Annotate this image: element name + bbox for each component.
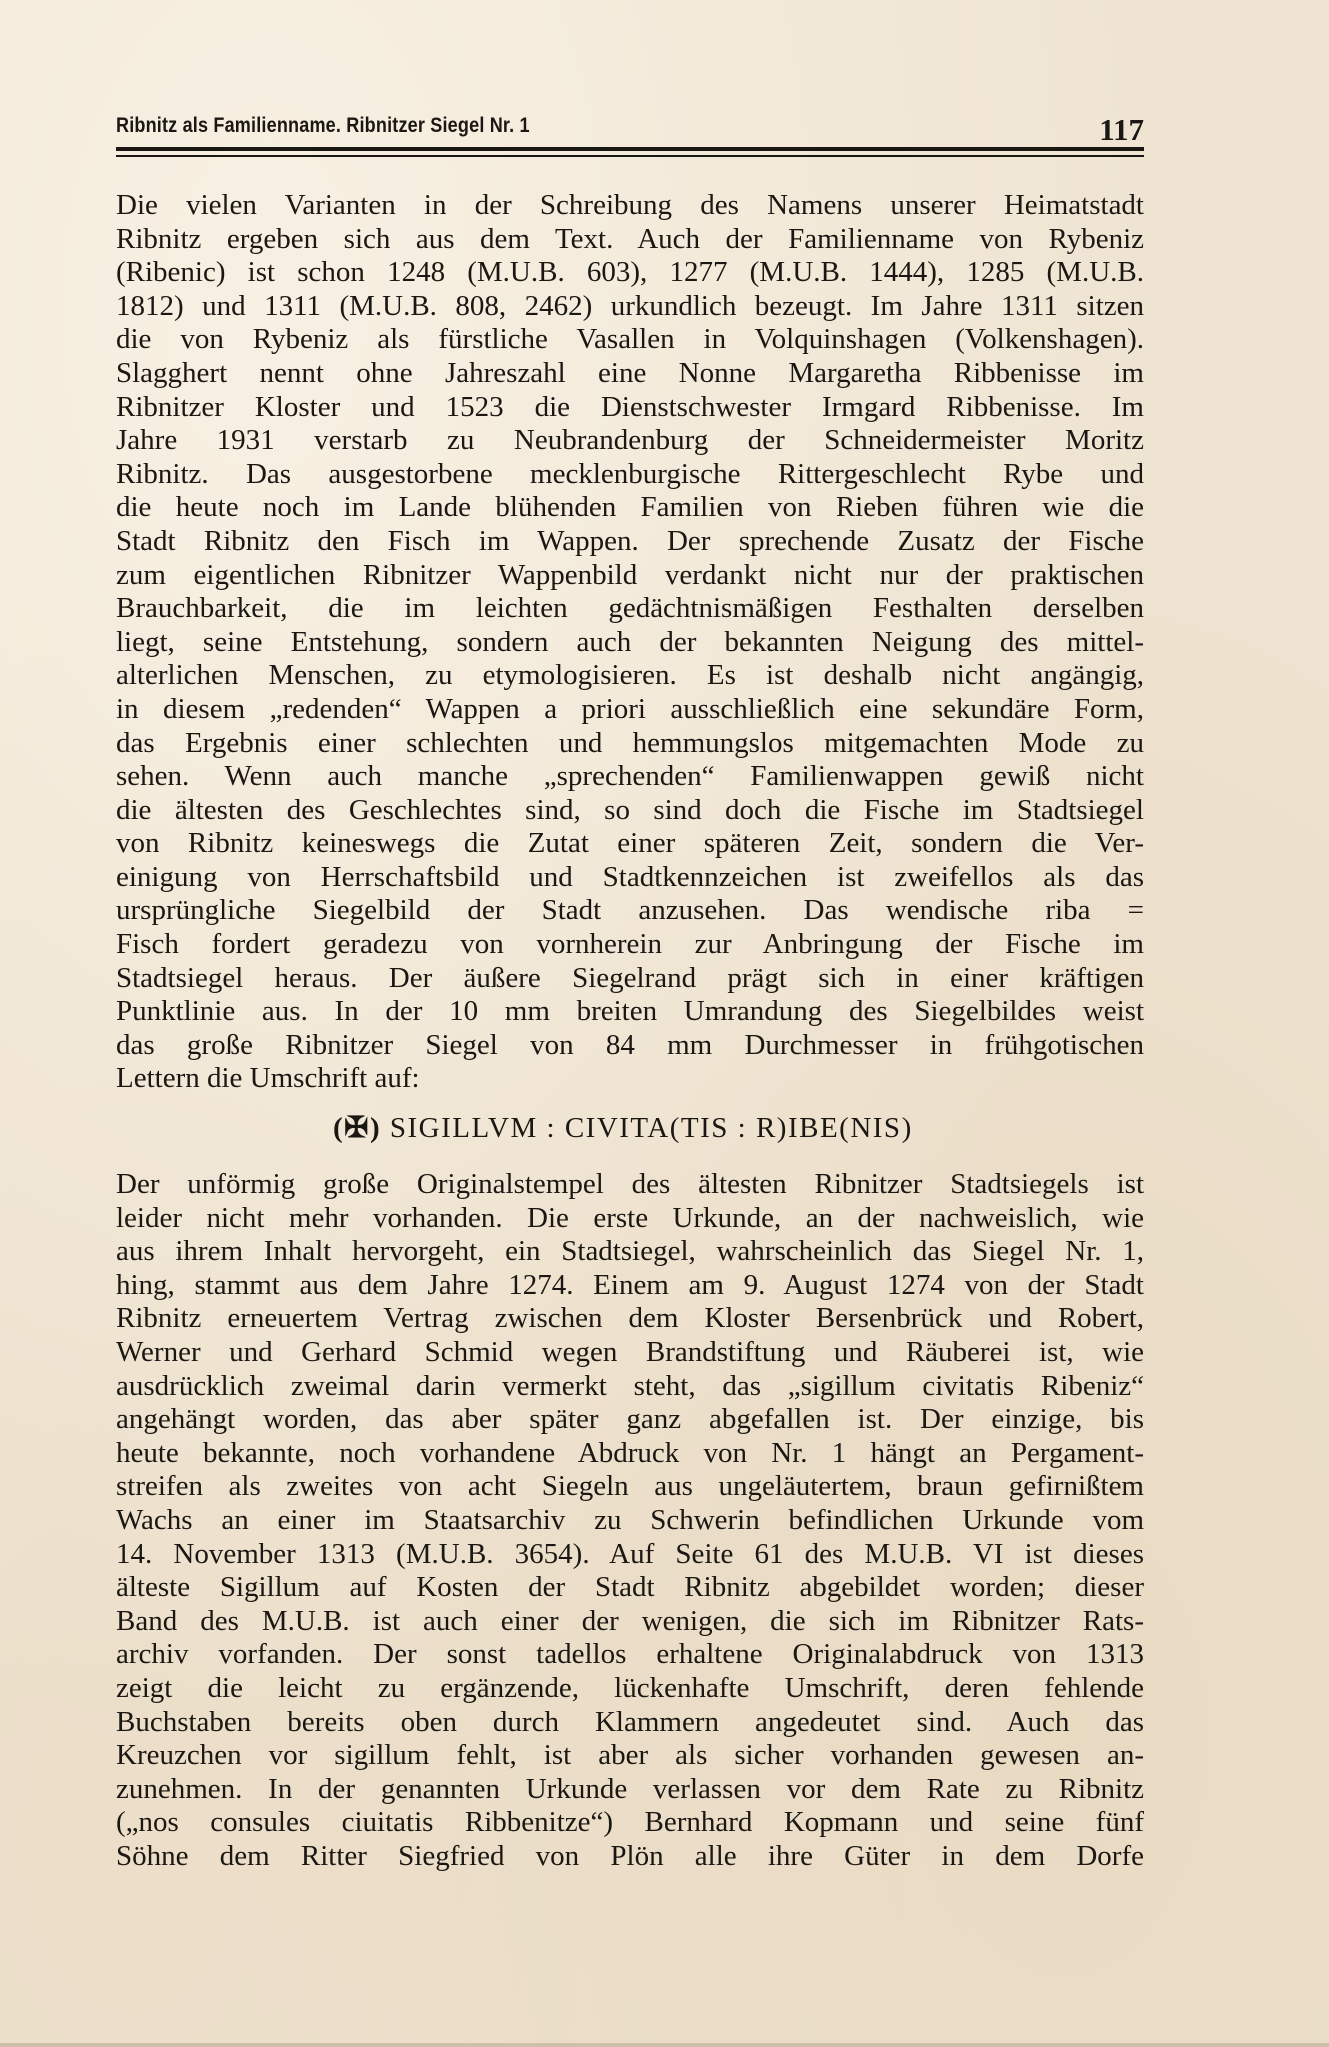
text-line: Stadtsiegel heraus. Der äußere Siegelran… xyxy=(116,962,1144,996)
text-line: in diesem „redenden“ Wappen a priori aus… xyxy=(116,693,1144,727)
text-line: Ribnitz erneuertem Vertrag zwischen dem … xyxy=(116,1302,1144,1336)
text-line: ursprüngliche Siegelbild der Stadt anzus… xyxy=(116,894,1144,928)
text-line: Ribnitzer Kloster und 1523 die Dienstsch… xyxy=(116,391,1144,425)
running-head: Ribnitz als Familienname. Ribnitzer Sieg… xyxy=(116,112,1144,144)
text-line: (Ribenic) ist schon 1248 (M.U.B. 603), 1… xyxy=(116,256,1144,290)
text-line: heute bekannte, noch vorhandene Abdruck … xyxy=(116,1437,1144,1471)
header-rule-thick xyxy=(116,147,1144,151)
text-line: Werner und Gerhard Schmid wegen Brandsti… xyxy=(116,1336,1144,1370)
text-line: archiv vorfanden. Der sonst tadellos erh… xyxy=(116,1638,1144,1672)
text-line: alterlichen Menschen, zu etymologisieren… xyxy=(116,659,1144,693)
text-line: Buchstaben bereits oben durch Klammern a… xyxy=(116,1706,1144,1740)
page-number: 117 xyxy=(1099,112,1144,148)
paragraph-2: Der unförmig große Originalstempel des ä… xyxy=(116,1168,1144,1873)
text-line: Brauchbarkeit, die im leichten gedächtni… xyxy=(116,592,1144,626)
text-line: streifen als zweites von acht Siegeln au… xyxy=(116,1470,1144,1504)
text-line: zum eigentlichen Ribnitzer Wappenbild ve… xyxy=(116,559,1144,593)
paragraph-1: Die vielen Varianten in der Schreibung d… xyxy=(116,189,1144,1096)
text-line: sehen. Wenn auch manche „sprechenden“ Fa… xyxy=(116,760,1144,794)
running-title: Ribnitz als Familienname. Ribnitzer Sieg… xyxy=(116,114,530,138)
inscription-text: SIGILLVM : CIVITA(TIS : R)IBE(NIS) xyxy=(390,1112,913,1144)
text-line: Jahre 1931 verstarb zu Neubrandenburg de… xyxy=(116,424,1144,458)
text-line: das große Ribnitzer Siegel von 84 mm Dur… xyxy=(116,1029,1144,1063)
text-line: Ribnitz. Das ausgestorbene mecklenburgis… xyxy=(116,458,1144,492)
text-line: die heute noch im Lande blühenden Famili… xyxy=(116,491,1144,525)
text-line: Der unförmig große Originalstempel des ä… xyxy=(116,1168,1144,1202)
text-line: älteste Sigillum auf Kosten der Stadt Ri… xyxy=(116,1571,1144,1605)
text-line: leider nicht mehr vorhanden. Die erste U… xyxy=(116,1202,1144,1236)
cross-pattee-icon: (✠) xyxy=(333,1108,381,1148)
seal-inscription: (✠) SIGILLVM : CIVITA(TIS : R)IBE(NIS) xyxy=(333,1108,913,1148)
text-line: Wachs an einer im Staatsarchiv zu Schwer… xyxy=(116,1504,1144,1538)
text-line: einigung von Herrschaftsbild und Stadtke… xyxy=(116,861,1144,895)
text-line: von Ribnitz keineswegs die Zutat einer s… xyxy=(116,827,1144,861)
text-line: Fisch fordert geradezu von vornherein zu… xyxy=(116,928,1144,962)
text-line: Die vielen Varianten in der Schreibung d… xyxy=(116,189,1144,223)
text-line: zeigt die leicht zu ergänzende, lückenha… xyxy=(116,1672,1144,1706)
header-rule-thin xyxy=(116,155,1144,157)
text-line: das Ergebnis einer schlechten und hemmun… xyxy=(116,727,1144,761)
text-line: die ältesten des Geschlechtes sind, so s… xyxy=(116,794,1144,828)
text-line: Punktlinie aus. In der 10 mm breiten Umr… xyxy=(116,995,1144,1029)
text-line: Söhne dem Ritter Siegfried von Plön alle… xyxy=(116,1840,1144,1874)
text-line: hing, stammt aus dem Jahre 1274. Einem a… xyxy=(116,1269,1144,1303)
text-line: zunehmen. In der genannten Urkunde verla… xyxy=(116,1773,1144,1807)
text-line: Kreuzchen vor sigillum fehlt, ist aber a… xyxy=(116,1739,1144,1773)
text-line: 14. November 1313 (M.U.B. 3654). Auf Sei… xyxy=(116,1538,1144,1572)
text-line: Stadt Ribnitz den Fisch im Wappen. Der s… xyxy=(116,525,1144,559)
page-edge xyxy=(0,2043,1329,2047)
text-line: Slagghert nennt ohne Jahreszahl eine Non… xyxy=(116,357,1144,391)
text-line: Ribnitz ergeben sich aus dem Text. Auch … xyxy=(116,223,1144,257)
text-line: angehängt worden, das aber später ganz a… xyxy=(116,1403,1144,1437)
text-line: („nos consules ciuitatis Ribbenitze“) Be… xyxy=(116,1806,1144,1840)
text-line: Lettern die Umschrift auf: xyxy=(116,1062,1144,1096)
text-line: ausdrücklich zweimal darin vermerkt steh… xyxy=(116,1370,1144,1404)
text-line: Band des M.U.B. ist auch einer der wenig… xyxy=(116,1605,1144,1639)
text-line: 1812) und 1311 (M.U.B. 808, 2462) urkund… xyxy=(116,290,1144,324)
text-line: aus ihrem Inhalt hervorgeht, ein Stadtsi… xyxy=(116,1235,1144,1269)
text-line: liegt, seine Entstehung, sondern auch de… xyxy=(116,626,1144,660)
text-line: die von Rybeniz als fürstliche Vasallen … xyxy=(116,323,1144,357)
